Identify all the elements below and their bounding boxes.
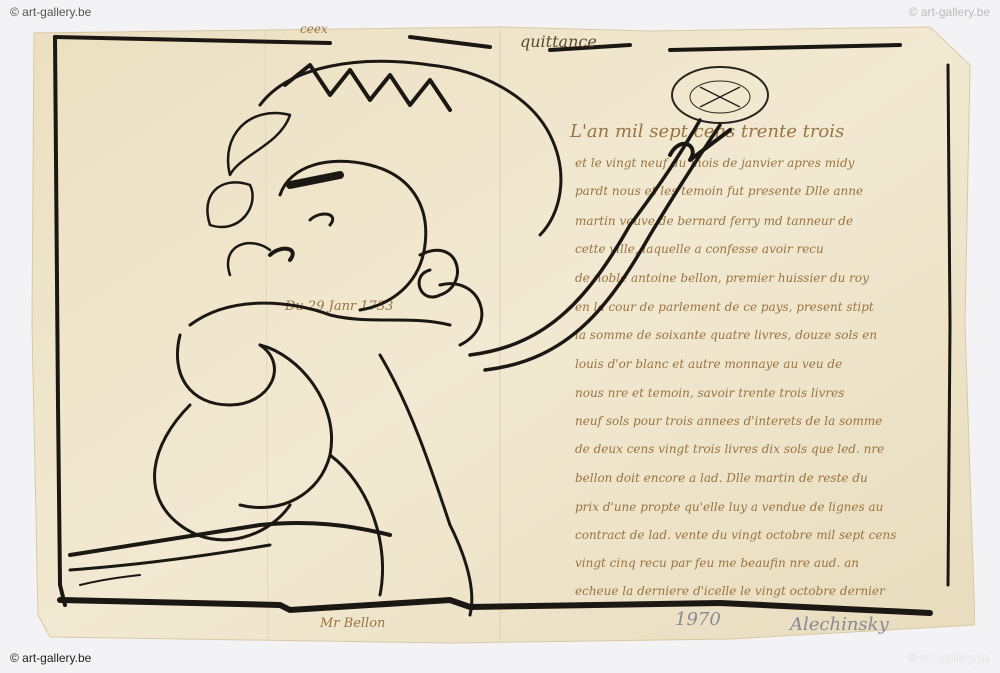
manuscript-line: neuf sols pour trois annees d'interets d… bbox=[575, 414, 882, 428]
manuscript-line: louis d'or blanc et autre monnaye au veu… bbox=[575, 357, 842, 371]
year-pencil: 1970 bbox=[675, 609, 721, 630]
watermark-bottom-left: © art-gallery.be bbox=[10, 651, 91, 665]
manuscript-line: vingt cinq recu par feu me beaufin nre a… bbox=[575, 556, 859, 570]
manuscript-line: nous nre et temoin, savoir trente trois … bbox=[575, 386, 844, 400]
manuscript-line: pardt nous et les temoin fut presente Dl… bbox=[575, 184, 863, 198]
watermark-top-left: © art-gallery.be bbox=[10, 5, 91, 19]
manuscript-line: L'an mil sept cens trente trois bbox=[569, 121, 844, 142]
manuscript-line: et le vingt neuf du mois de janvier apre… bbox=[575, 156, 855, 170]
watermark-bottom-right: © art-gallery.be bbox=[909, 651, 990, 665]
artist-signature: Alechinsky bbox=[788, 614, 890, 635]
manuscript-line: prix d'une propte qu'elle luy a vendue d… bbox=[575, 500, 883, 514]
header-left: ceex bbox=[300, 25, 328, 36]
manuscript-line: la somme de soixante quatre livres, douz… bbox=[575, 328, 877, 342]
artwork: ceex quittance Du 29 Janr 1733 Mr Bellon… bbox=[30, 25, 975, 645]
manuscript-line: contract de lad. vente du vingt octobre … bbox=[575, 528, 896, 542]
manuscript-line: echeue la derniere d'icelle le vingt oct… bbox=[575, 584, 886, 598]
manuscript-line: martin veuve de bernard ferry md tanneur… bbox=[575, 214, 853, 228]
manuscript-line: en la cour de parlement de ce pays, pres… bbox=[575, 300, 874, 314]
manuscript-line: de deux cens vingt trois livres dix sols… bbox=[575, 442, 884, 456]
manuscript-line: bellon doit encore a lad. Dlle martin de… bbox=[575, 471, 868, 485]
header-right: quittance bbox=[520, 32, 597, 51]
signature-left: Mr Bellon bbox=[319, 616, 385, 631]
watermark-top-right: © art-gallery.be bbox=[909, 5, 990, 19]
